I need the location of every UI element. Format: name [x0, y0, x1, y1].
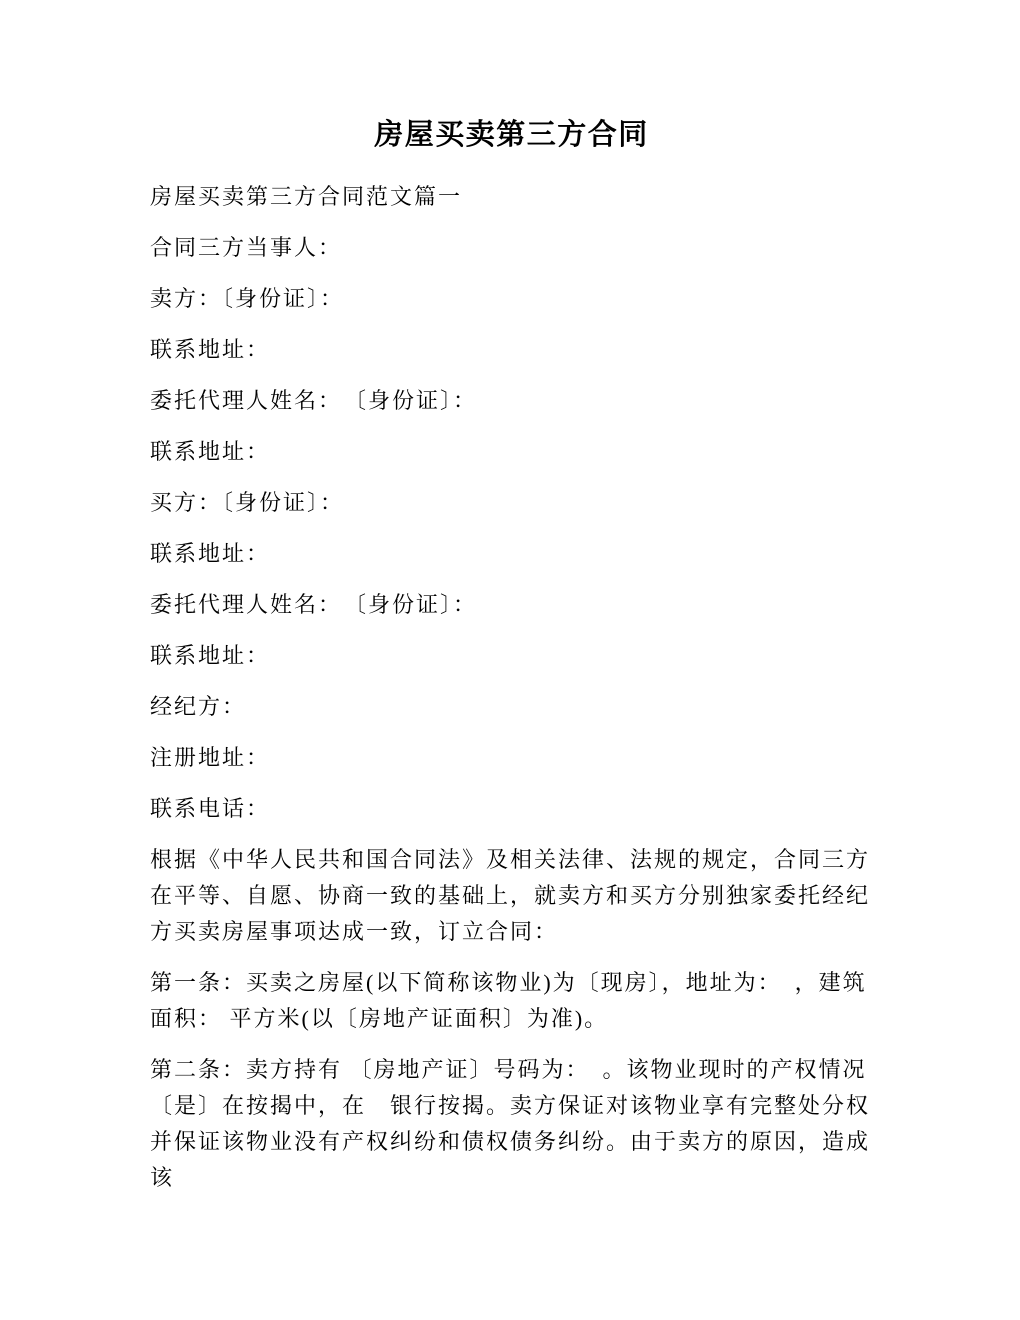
paragraph-8: 联系地址：	[150, 536, 873, 572]
document-page: 房屋买卖第三方合同 房屋买卖第三方合同范文篇一合同三方当事人：卖方：〔身份证〕：…	[0, 0, 1020, 1320]
paragraph-5: 委托代理人姓名： 〔身份证〕：	[150, 383, 873, 419]
paragraph-6: 联系地址：	[150, 434, 873, 470]
paragraph-2: 合同三方当事人：	[150, 230, 873, 266]
paragraph-10: 联系地址：	[150, 638, 873, 674]
document-body: 房屋买卖第三方合同范文篇一合同三方当事人：卖方：〔身份证〕：联系地址：委托代理人…	[150, 179, 873, 1196]
paragraph-16: 第二条：卖方持有 〔房地产证〕号码为： 。该物业现时的产权情况〔是〕在按揭中，在…	[150, 1052, 873, 1196]
paragraph-1: 房屋买卖第三方合同范文篇一	[150, 179, 873, 215]
paragraph-11: 经纪方：	[150, 689, 873, 725]
paragraph-7: 买方：〔身份证〕：	[150, 485, 873, 521]
paragraph-12: 注册地址：	[150, 740, 873, 776]
paragraph-13: 联系电话：	[150, 791, 873, 827]
document-title: 房屋买卖第三方合同	[150, 115, 873, 155]
paragraph-14: 根据《中华人民共和国合同法》及相关法律、法规的规定，合同三方在平等、自愿、协商一…	[150, 842, 873, 950]
paragraph-15: 第一条：买卖之房屋(以下简称该物业)为〔现房〕，地址为： ，建筑面积： 平方米(…	[150, 965, 873, 1037]
paragraph-4: 联系地址：	[150, 332, 873, 368]
paragraph-3: 卖方：〔身份证〕：	[150, 281, 873, 317]
paragraph-9: 委托代理人姓名： 〔身份证〕：	[150, 587, 873, 623]
